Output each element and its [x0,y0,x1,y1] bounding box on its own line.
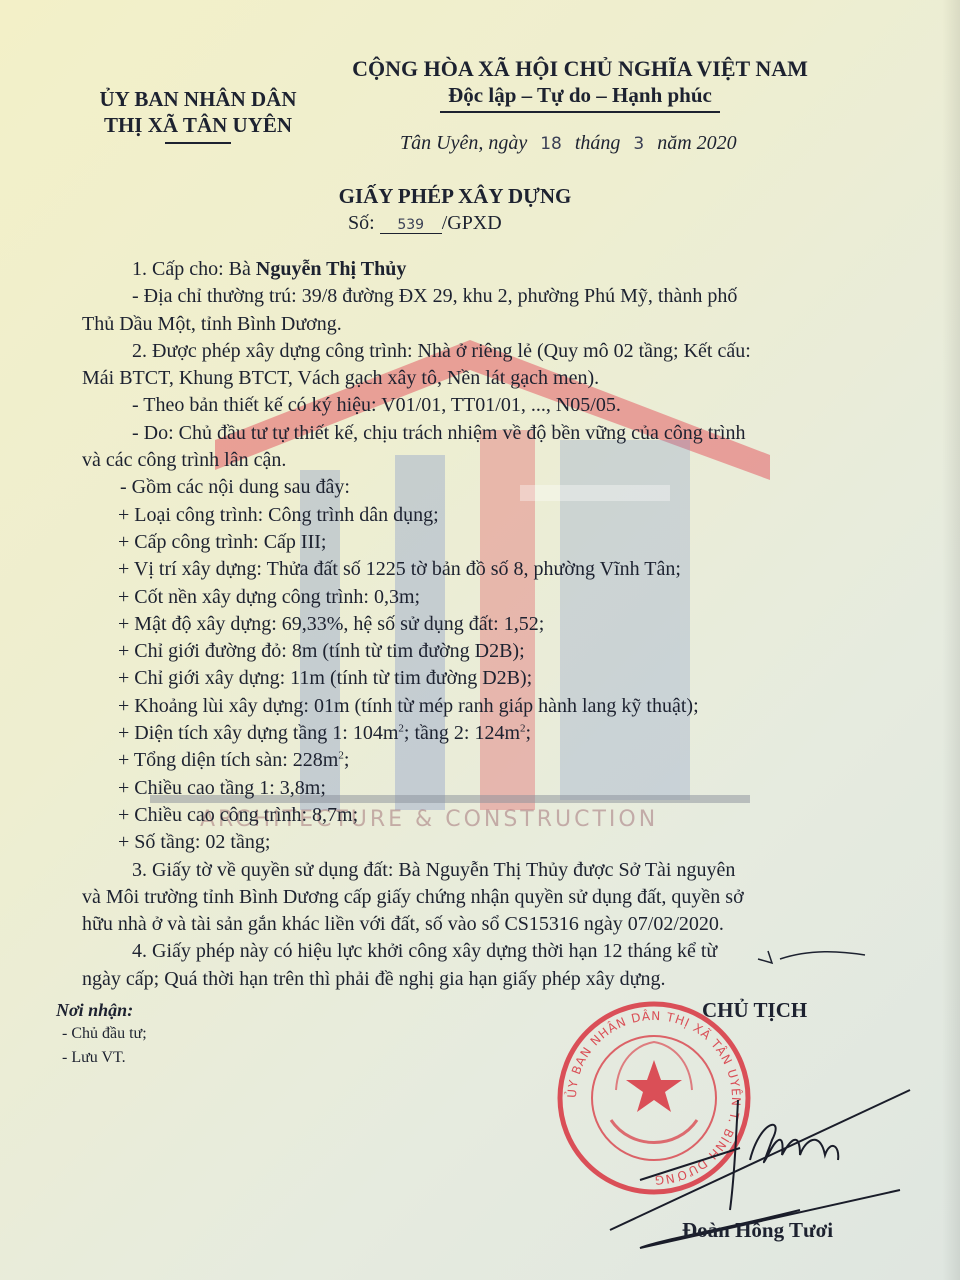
content-item: + Chiều cao tầng 1: 3,8m; [82,775,862,802]
date-day: 18 [540,134,562,154]
document-title: GIẤY PHÉP XÂY DỰNG [0,184,910,209]
floor-area-1: + Diện tích xây dựng tầng 1: 104m [118,722,398,744]
signer-name: Đoàn Hồng Tươi [682,1218,833,1243]
nation-name: CỘNG HÒA XÃ HỘI CHỦ NGHĨA VIỆT NAM [330,56,830,82]
section-4-line-2: ngày cấp; Quá thời hạn trên thì phải đề … [82,966,862,993]
section-2-line-2: Mái BTCT, Khung BTCT, Vách gạch xây tô, … [82,365,862,392]
date-month: 3 [633,134,644,154]
issuing-authority: ỦY BAN NHÂN DÂN THỊ XÃ TÂN UYÊN [88,86,308,144]
date-prefix: Tân Uyên, ngày [400,132,527,154]
content-item: + Cấp công trình: Cấp III; [82,529,862,556]
design-reference: - Theo bản thiết kế có ký hiệu: V01/01, … [82,392,862,419]
recipient-item: - Chủ đầu tư; [56,1022,147,1046]
section-3-line-1: 3. Giấy tờ về quyền sử dụng đất: Bà Nguy… [82,857,862,884]
address-line-1: - Địa chỉ thường trú: 39/8 đường ĐX 29, … [82,283,862,310]
issuer-underline [165,142,231,144]
content-item: + Chiều cao công trình: 8,7m; [82,802,862,829]
address-line-2: Thủ Dầu Một, tỉnh Bình Dương. [82,311,862,338]
section-4-line-1: 4. Giấy phép này có hiệu lực khởi công x… [82,938,862,965]
content-item: + Loại công trình: Công trình dân dụng; [82,502,862,529]
number-value: 539 [380,217,442,234]
contents-list-2: + Chiều cao tầng 1: 3,8m;+ Chiều cao côn… [82,775,862,857]
section-3-line-2: và Môi trường tỉnh Bình Dương cấp giấy c… [82,884,862,911]
contents-intro: - Gồm các nội dung sau đây: [82,474,862,501]
recipients: Nơi nhận: - Chủ đầu tư; - Lưu VT. [56,998,147,1070]
section-1: 1. Cấp cho: Bà Nguyễn Thị Thủy [82,256,862,283]
floor-area-item: + Diện tích xây dựng tầng 1: 104m2; tầng… [82,720,862,747]
floor-area-2: ; tầng 2: 124m [404,722,520,744]
contents-list: + Loại công trình: Công trình dân dụng;+… [82,502,862,720]
total-area: + Tổng diện tích sàn: 228m [118,749,338,771]
date-year: năm 2020 [657,132,736,154]
section-2-line-1: 2. Được phép xây dựng công trình: Nhà ở … [82,338,862,365]
content-item: + Vị trí xây dựng: Thửa đất số 1225 tờ b… [82,556,862,583]
content-item: + Cốt nền xây dựng công trình: 0,3m; [82,584,862,611]
content-item: + Mật độ xây dựng: 69,33%, hệ số sử dụng… [82,611,862,638]
content-item: + Chỉ giới xây dựng: 11m (tính từ tim đư… [82,665,862,692]
section-3-line-3: hữu nhà ở và tài sản gắn khác liền với đ… [82,911,862,938]
floor-area-end: ; [526,722,532,744]
issuer-line-1: ỦY BAN NHÂN DÂN [88,86,308,112]
number-suffix: /GPXD [442,212,502,234]
issue-date: Tân Uyên, ngày 18 tháng 3 năm 2020 [400,132,737,155]
document-number: Số: 539/GPXD [348,212,502,235]
grantee-name: Nguyễn Thị Thủy [256,258,406,280]
recipients-heading: Nơi nhận: [56,998,147,1022]
content-item: + Khoảng lùi xây dựng: 01m (tính từ mép … [82,693,862,720]
designer-line-1: - Do: Chủ đầu tư tự thiết kế, chịu trách… [82,420,862,447]
motto-underline [440,111,720,113]
total-area-end: ; [344,749,350,771]
number-label: Số: [348,212,375,234]
content-item: + Chỉ giới đường đỏ: 8m (tính từ tim đườ… [82,638,862,665]
national-motto: Độc lập – Tự do – Hạnh phúc [330,82,830,108]
issuer-line-2: THỊ XÃ TÂN UYÊN [88,112,308,138]
handwritten-tick-mark [750,945,870,975]
document-body: 1. Cấp cho: Bà Nguyễn Thị Thủy - Địa chỉ… [82,256,862,993]
total-area-item: + Tổng diện tích sàn: 228m2; [82,747,862,774]
designer-line-2: và các công trình lân cận. [82,447,862,474]
date-month-label: tháng [575,132,621,154]
content-item: + Số tầng: 02 tầng; [82,829,862,856]
recipient-item: - Lưu VT. [56,1046,147,1070]
national-heading: CỘNG HÒA XÃ HỘI CHỦ NGHĨA VIỆT NAM Độc l… [330,56,830,113]
section-1-prefix: 1. Cấp cho: Bà [132,258,256,280]
